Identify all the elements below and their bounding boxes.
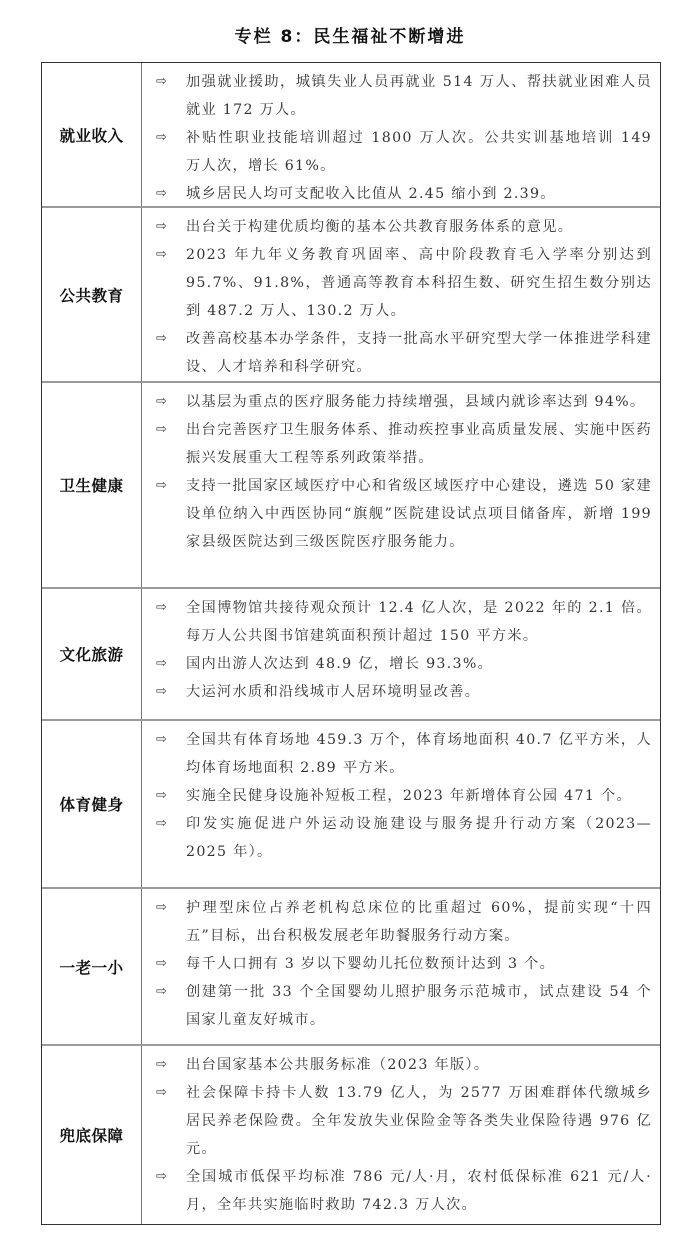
item-list: ⇨护理型床位占养老机构总床位的比重超过 60%，提前实现“十四五”目标，出台积极… [142, 889, 660, 1044]
category-label: 一老一小 [42, 889, 142, 1044]
arrow-right-icon: ⇨ [156, 978, 186, 1034]
item-text: 支持一批国家区域医疗中心和省级区域医疗中心建设，遴选 50 家建设单位纳入中西医… [186, 472, 652, 556]
arrow-right-icon: ⇨ [156, 124, 186, 180]
list-item: ⇨创建第一批 33 个全国婴幼儿照护服务示范城市，试点建设 54 个国家儿童友好… [156, 978, 652, 1034]
item-list: ⇨出台关于构建优质均衡的基本公共教育服务体系的意见。 ⇨2023 年九年义务教育… [142, 208, 660, 381]
table-row-employment: 就业收入 ⇨加强就业援助，城镇失业人员再就业 514 万人、帮扶就业困难人员就业… [42, 63, 660, 206]
table-row-health: 卫生健康 ⇨以基层为重点的医疗服务能力持续增强，县域内就诊率达到 94%。 ⇨出… [42, 381, 660, 587]
list-item: ⇨出台完善医疗卫生服务体系、推动疾控事业高质量发展、实施中医药振兴发展重大工程等… [156, 416, 652, 472]
list-item: ⇨出台关于构建优质均衡的基本公共教育服务体系的意见。 [156, 213, 652, 241]
list-item: ⇨大运河水质和沿线城市人居环境明显改善。 [156, 678, 652, 706]
arrow-right-icon: ⇨ [156, 726, 186, 782]
list-item: ⇨护理型床位占养老机构总床位的比重超过 60%，提前实现“十四五”目标，出台积极… [156, 894, 652, 950]
arrow-right-icon: ⇨ [156, 388, 186, 416]
list-item: ⇨国内出游人次达到 48.9 亿，增长 93.3%。 [156, 650, 652, 678]
item-text: 城乡居民人均可支配收入比值从 2.45 缩小到 2.39。 [186, 180, 652, 208]
category-label: 文化旅游 [42, 589, 142, 719]
item-text: 出台完善医疗卫生服务体系、推动疾控事业高质量发展、实施中医药振兴发展重大工程等系… [186, 416, 652, 472]
arrow-right-icon: ⇨ [156, 894, 186, 950]
list-item: ⇨城乡居民人均可支配收入比值从 2.45 缩小到 2.39。 [156, 180, 652, 208]
arrow-right-icon: ⇨ [156, 594, 186, 650]
list-item: ⇨印发实施促进户外运动设施建设与服务提升行动方案（2023—2025 年）。 [156, 810, 652, 866]
arrow-right-icon: ⇨ [156, 810, 186, 866]
item-list: ⇨全国共有体育场地 459.3 万个，体育场地面积 40.7 亿平方米，人均体育… [142, 721, 660, 887]
table-row-education: 公共教育 ⇨出台关于构建优质均衡的基本公共教育服务体系的意见。 ⇨2023 年九… [42, 206, 660, 381]
arrow-right-icon: ⇨ [156, 1079, 186, 1163]
arrow-right-icon: ⇨ [156, 325, 186, 381]
column-title: 专栏 8：民生福祉不断增进 [0, 22, 700, 47]
item-text: 以基层为重点的医疗服务能力持续增强，县域内就诊率达到 94%。 [186, 388, 652, 416]
list-item: ⇨补贴性职业技能培训超过 1800 万人次。公共实训基地培训 149 万人次，增… [156, 124, 652, 180]
list-item: ⇨2023 年九年义务教育巩固率、高中阶段教育毛入学率分别达到 95.7%、91… [156, 241, 652, 325]
category-label: 就业收入 [42, 63, 142, 206]
item-text: 改善高校基本办学条件，支持一批高水平研究型大学一体推进学科建设、人才培养和科学研… [186, 325, 652, 381]
item-text: 补贴性职业技能培训超过 1800 万人次。公共实训基地培训 149 万人次，增长… [186, 124, 652, 180]
arrow-right-icon: ⇨ [156, 416, 186, 472]
list-item: ⇨支持一批国家区域医疗中心和省级区域医疗中心建设，遴选 50 家建设单位纳入中西… [156, 472, 652, 556]
table-row-elderly-children: 一老一小 ⇨护理型床位占养老机构总床位的比重超过 60%，提前实现“十四五”目标… [42, 887, 660, 1044]
item-text: 全国博物馆共接待观众预计 12.4 亿人次，是 2022 年的 2.1 倍。每万… [186, 594, 652, 650]
list-item: ⇨出台国家基本公共服务标准（2023 年版）。 [156, 1051, 652, 1079]
welfare-table: 就业收入 ⇨加强就业援助，城镇失业人员再就业 514 万人、帮扶就业困难人员就业… [41, 62, 661, 1225]
item-text: 全国共有体育场地 459.3 万个，体育场地面积 40.7 亿平方米，人均体育场… [186, 726, 652, 782]
item-text: 护理型床位占养老机构总床位的比重超过 60%，提前实现“十四五”目标，出台积极发… [186, 894, 652, 950]
item-list: ⇨出台国家基本公共服务标准（2023 年版）。 ⇨社会保障卡持卡人数 13.79… [142, 1046, 660, 1224]
list-item: ⇨全国博物馆共接待观众预计 12.4 亿人次，是 2022 年的 2.1 倍。每… [156, 594, 652, 650]
item-list: ⇨全国博物馆共接待观众预计 12.4 亿人次，是 2022 年的 2.1 倍。每… [142, 589, 660, 719]
category-label: 兜底保障 [42, 1046, 142, 1224]
item-list: ⇨加强就业援助，城镇失业人员再就业 514 万人、帮扶就业困难人员就业 172 … [142, 63, 660, 206]
arrow-right-icon: ⇨ [156, 180, 186, 208]
arrow-right-icon: ⇨ [156, 1163, 186, 1219]
arrow-right-icon: ⇨ [156, 213, 186, 241]
arrow-right-icon: ⇨ [156, 950, 186, 978]
item-text: 国内出游人次达到 48.9 亿，增长 93.3%。 [186, 650, 652, 678]
category-label: 公共教育 [42, 208, 142, 381]
arrow-right-icon: ⇨ [156, 68, 186, 124]
item-text: 实施全民健身设施补短板工程，2023 年新增体育公园 471 个。 [186, 782, 652, 810]
list-item: ⇨改善高校基本办学条件，支持一批高水平研究型大学一体推进学科建设、人才培养和科学… [156, 325, 652, 381]
item-text: 加强就业援助，城镇失业人员再就业 514 万人、帮扶就业困难人员就业 172 万… [186, 68, 652, 124]
list-item: ⇨社会保障卡持卡人数 13.79 亿人，为 2577 万困难群体代缴城乡居民养老… [156, 1079, 652, 1163]
table-row-sports: 体育健身 ⇨全国共有体育场地 459.3 万个，体育场地面积 40.7 亿平方米… [42, 719, 660, 887]
item-text: 大运河水质和沿线城市人居环境明显改善。 [186, 678, 652, 706]
list-item: ⇨每千人口拥有 3 岁以下婴幼儿托位数预计达到 3 个。 [156, 950, 652, 978]
category-label: 卫生健康 [42, 383, 142, 587]
list-item: ⇨全国城市低保平均标准 786 元/人·月，农村低保标准 621 元/人·月，全… [156, 1163, 652, 1219]
item-text: 出台国家基本公共服务标准（2023 年版）。 [186, 1051, 652, 1079]
list-item: ⇨加强就业援助，城镇失业人员再就业 514 万人、帮扶就业困难人员就业 172 … [156, 68, 652, 124]
item-text: 印发实施促进户外运动设施建设与服务提升行动方案（2023—2025 年）。 [186, 810, 652, 866]
item-list: ⇨以基层为重点的医疗服务能力持续增强，县域内就诊率达到 94%。 ⇨出台完善医疗… [142, 383, 660, 587]
table-row-safety-net: 兜底保障 ⇨出台国家基本公共服务标准（2023 年版）。 ⇨社会保障卡持卡人数 … [42, 1044, 660, 1224]
list-item: ⇨全国共有体育场地 459.3 万个，体育场地面积 40.7 亿平方米，人均体育… [156, 726, 652, 782]
item-text: 出台关于构建优质均衡的基本公共教育服务体系的意见。 [186, 213, 652, 241]
list-item: ⇨实施全民健身设施补短板工程，2023 年新增体育公园 471 个。 [156, 782, 652, 810]
arrow-right-icon: ⇨ [156, 678, 186, 706]
list-item: ⇨以基层为重点的医疗服务能力持续增强，县域内就诊率达到 94%。 [156, 388, 652, 416]
arrow-right-icon: ⇨ [156, 472, 186, 556]
item-text: 创建第一批 33 个全国婴幼儿照护服务示范城市，试点建设 54 个国家儿童友好城… [186, 978, 652, 1034]
item-text: 2023 年九年义务教育巩固率、高中阶段教育毛入学率分别达到 95.7%、91.… [186, 241, 652, 325]
arrow-right-icon: ⇨ [156, 782, 186, 810]
arrow-right-icon: ⇨ [156, 1051, 186, 1079]
arrow-right-icon: ⇨ [156, 241, 186, 325]
item-text: 每千人口拥有 3 岁以下婴幼儿托位数预计达到 3 个。 [186, 950, 652, 978]
category-label: 体育健身 [42, 721, 142, 887]
item-text: 全国城市低保平均标准 786 元/人·月，农村低保标准 621 元/人·月，全年… [186, 1163, 652, 1219]
table-row-culture-tourism: 文化旅游 ⇨全国博物馆共接待观众预计 12.4 亿人次，是 2022 年的 2.… [42, 587, 660, 719]
arrow-right-icon: ⇨ [156, 650, 186, 678]
item-text: 社会保障卡持卡人数 13.79 亿人，为 2577 万困难群体代缴城乡居民养老保… [186, 1079, 652, 1163]
